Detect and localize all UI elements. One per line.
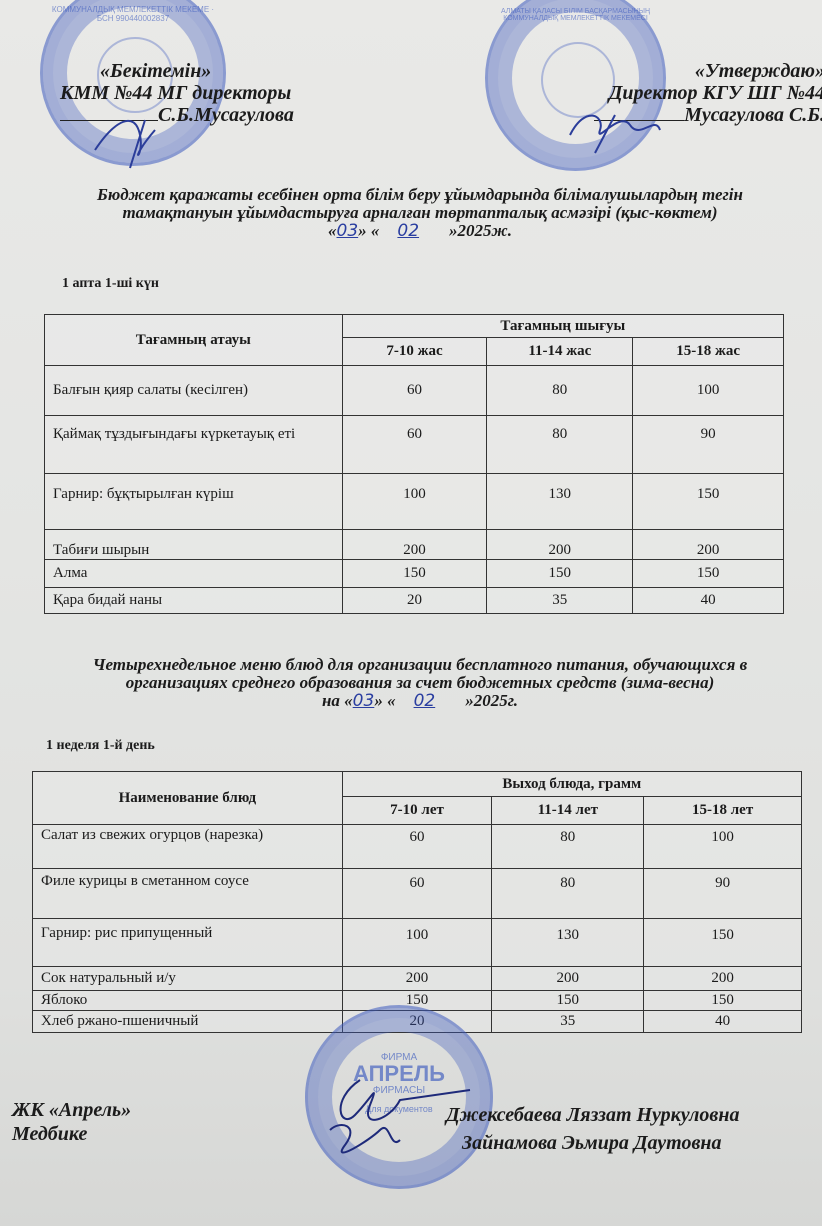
dish-name: Филе курицы в сметанном соусе [33, 869, 343, 919]
signature-left [85, 90, 175, 170]
dish-name: Яблоко [33, 991, 343, 1011]
footer-role: Медбике [12, 1122, 131, 1146]
dish-name: Хлеб ржано-пшеничный [33, 1011, 343, 1033]
portion-value: 100 [342, 474, 487, 530]
footer-person2: Зайнамова Эьмира Даутовна [446, 1131, 739, 1155]
table-row: Филе курицы в сметанном соусе 60 80 90 [33, 869, 802, 919]
russian-age-col: 7-10 лет [342, 797, 492, 825]
dish-name: Қара бидай наны [45, 588, 343, 614]
russian-title: Четырехнедельное меню блюд для организац… [20, 656, 820, 710]
portion-value: 150 [644, 919, 802, 967]
kazakh-age-col: 11-14 жас [487, 338, 633, 366]
portion-value: 35 [487, 588, 633, 614]
portion-value: 100 [644, 825, 802, 869]
table-row: Табиғи шырын 200 200 200 [45, 530, 784, 560]
table-row: Сок натуральный и/у 200 200 200 [33, 967, 802, 991]
portion-value: 150 [644, 991, 802, 1011]
portion-value: 40 [644, 1011, 802, 1033]
portion-value: 60 [342, 869, 492, 919]
portion-value: 80 [492, 869, 644, 919]
russian-date: на «03» «02»2025г. [20, 692, 820, 710]
stamp-right-text: АЛМАТЫ ҚАЛАСЫ БІЛІМ БАСҚАРМАСЫНЫҢ КОММУН… [488, 8, 663, 22]
table-row: Балғын қияр салаты (кесілген) 60 80 100 [45, 366, 784, 416]
portion-value: 100 [633, 366, 784, 416]
portion-value: 200 [492, 967, 644, 991]
portion-value: 150 [633, 474, 784, 530]
dish-name: Балғын қияр салаты (кесілген) [45, 366, 343, 416]
kazakh-day-label: 1 апта 1-ші күн [62, 276, 159, 292]
portion-value: 200 [644, 967, 802, 991]
portion-value: 150 [492, 991, 644, 1011]
portion-value: 130 [487, 474, 633, 530]
russian-col-group: Выход блюда, грамм [342, 772, 801, 797]
dish-name: Қаймақ тұздығындағы күркетауық еті [45, 416, 343, 474]
portion-value: 150 [487, 560, 633, 588]
kazakh-col-name: Тағамның атауы [45, 315, 343, 366]
portion-value: 80 [487, 366, 633, 416]
portion-value: 200 [342, 530, 487, 560]
portion-value: 20 [342, 588, 487, 614]
dish-name: Табиғи шырын [45, 530, 343, 560]
portion-value: 130 [492, 919, 644, 967]
approval-right-title: «Утверждаю» [555, 60, 822, 82]
kazakh-age-col: 7-10 жас [342, 338, 487, 366]
dish-name: Салат из свежих огурцов (нарезка) [33, 825, 343, 869]
russian-col-name: Наименование блюд [33, 772, 343, 825]
russian-title-line2: организациях среднего образования за сче… [20, 674, 820, 692]
portion-value: 60 [342, 416, 487, 474]
russian-menu-table: Наименование блюд Выход блюда, грамм 7-1… [32, 771, 802, 1033]
russian-title-line1: Четырехнедельное меню блюд для организац… [20, 656, 820, 674]
dish-name: Гарнир: бұқтырылған күріш [45, 474, 343, 530]
portion-value: 100 [342, 919, 492, 967]
portion-value: 60 [342, 825, 492, 869]
dish-name: Алма [45, 560, 343, 588]
portion-value: 90 [644, 869, 802, 919]
table-row: Алма 150 150 150 [45, 560, 784, 588]
stamp-left-text: КОММУНАЛДЫҚ МЕМЛЕКЕТТІК МЕКЕМЕ · БСН 990… [43, 5, 223, 23]
portion-value: 80 [487, 416, 633, 474]
portion-value: 60 [342, 366, 487, 416]
signature-right [560, 95, 680, 155]
kazakh-date: «03» «02»2025ж. [40, 222, 800, 240]
table-row: Гарнир: бұқтырылған күріш 100 130 150 [45, 474, 784, 530]
kazakh-title: Бюджет қаражаты есебінен орта білім беру… [40, 186, 800, 240]
portion-value: 150 [633, 560, 784, 588]
portion-value: 200 [342, 967, 492, 991]
footer-person1: Джексебаева Ляззат Нуркуловна [446, 1103, 739, 1127]
portion-value: 35 [492, 1011, 644, 1033]
kazakh-title-line1: Бюджет қаражаты есебінен орта білім беру… [40, 186, 800, 204]
russian-age-col: 15-18 лет [644, 797, 802, 825]
kazakh-title-line2: тамақтануын ұйымдастыруға арналған төрта… [40, 204, 800, 222]
kazakh-date-day: 03 [337, 221, 359, 241]
portion-value: 200 [487, 530, 633, 560]
table-row: Салат из свежих огурцов (нарезка) 60 80 … [33, 825, 802, 869]
kazakh-date-month: 02 [379, 221, 449, 241]
dish-name: Сок натуральный и/у [33, 967, 343, 991]
portion-value: 80 [492, 825, 644, 869]
russian-day-label: 1 неделя 1-й день [46, 738, 155, 754]
footer-left: ЖК «Апрель» Медбике [12, 1098, 131, 1146]
portion-value: 40 [633, 588, 784, 614]
dish-name: Гарнир: рис припущенный [33, 919, 343, 967]
footer-right: Джексебаева Ляззат Нуркуловна Зайнамова … [446, 1103, 739, 1155]
russian-date-day: 03 [353, 691, 375, 711]
russian-age-col: 11-14 лет [492, 797, 644, 825]
table-row: Гарнир: рис припущенный 100 130 150 [33, 919, 802, 967]
table-row: Қара бидай наны 20 35 40 [45, 588, 784, 614]
kazakh-menu-table: Тағамның атауы Тағамның шығуы 7-10 жас 1… [44, 314, 784, 614]
approval-left-title: «Бекітемін» [60, 60, 360, 82]
portion-value: 150 [342, 560, 487, 588]
kazakh-age-col: 15-18 жас [633, 338, 784, 366]
footer-company: ЖК «Апрель» [12, 1098, 131, 1122]
kazakh-col-group: Тағамның шығуы [342, 315, 783, 338]
russian-date-month: 02 [396, 691, 466, 711]
portion-value: 90 [633, 416, 784, 474]
table-row: Қаймақ тұздығындағы күркетауық еті 60 80… [45, 416, 784, 474]
portion-value: 200 [633, 530, 784, 560]
